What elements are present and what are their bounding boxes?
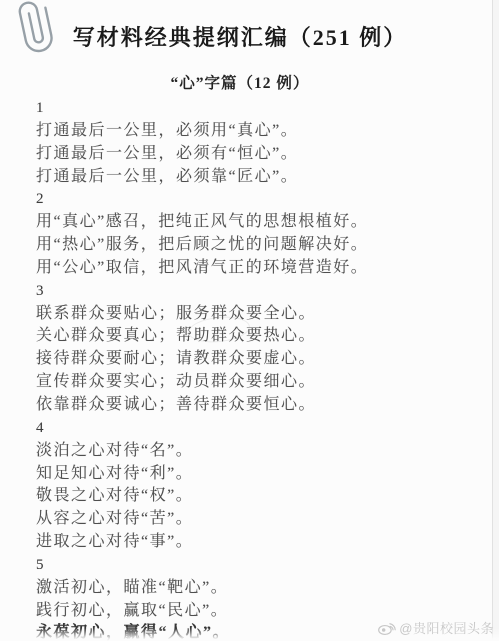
text-line: 敬畏之心对待“权”。 [36, 485, 478, 508]
text-line: 用“公心”取信，把风清气正的环境营造好。 [36, 257, 478, 280]
section-number: 1 [36, 97, 478, 120]
section-number: 4 [36, 417, 478, 440]
text-line: 接待群众要耐心；请教群众要虚心。 [36, 348, 478, 371]
paper-edge-line [492, 0, 493, 641]
text-line: 知足知心对待“利”。 [36, 463, 478, 486]
text-line: 进取之心对待“事”。 [36, 531, 478, 554]
section-number: 5 [36, 554, 478, 577]
doc-body: 1打通最后一公里，必须用“真心”。打通最后一公里，必须有“恒心”。打通最后一公里… [36, 97, 478, 641]
watermark-text: @贵阳校园头条 [399, 618, 494, 637]
text-line: 用“热心”服务，把后顾之忧的问题解决好。 [36, 234, 478, 257]
text-line: 关心群众要真心；帮助群众要热心。 [36, 325, 478, 348]
document-page: 写材料经典提纲汇编（251 例） “心”字篇（12 例） 1打通最后一公里，必须… [0, 0, 492, 641]
background-margin [493, 0, 499, 641]
page-title: 写材料经典提纲汇编（251 例） [0, 21, 480, 52]
section-number: 2 [36, 188, 478, 211]
text-line: 依靠群众要诚心；善待群众要恒心。 [36, 394, 478, 417]
text-line: 宣传群众要实心；动员群众要细心。 [36, 371, 478, 394]
weibo-eye-icon [377, 619, 397, 636]
text-line: 激活初心，瞄准“靶心”。 [36, 577, 478, 600]
text-line: 打通最后一公里，必须用“真心”。 [36, 120, 478, 143]
text-line: 联系群众要贴心；服务群众要全心。 [36, 303, 478, 326]
page-subtitle: “心”字篇（12 例） [0, 71, 480, 93]
text-line: 从容之心对待“苦”。 [36, 508, 478, 531]
text-line: 用“真心”感召，把纯正风气的思想根植好。 [36, 211, 478, 234]
section-number: 3 [36, 280, 478, 303]
text-line: 打通最后一公里，必须靠“匠心”。 [36, 166, 478, 189]
text-line: 打通最后一公里，必须有“恒心”。 [36, 143, 478, 166]
text-line: 淡泊之心对待“名”。 [36, 440, 478, 463]
watermark: @贵阳校园头条 [377, 618, 494, 637]
